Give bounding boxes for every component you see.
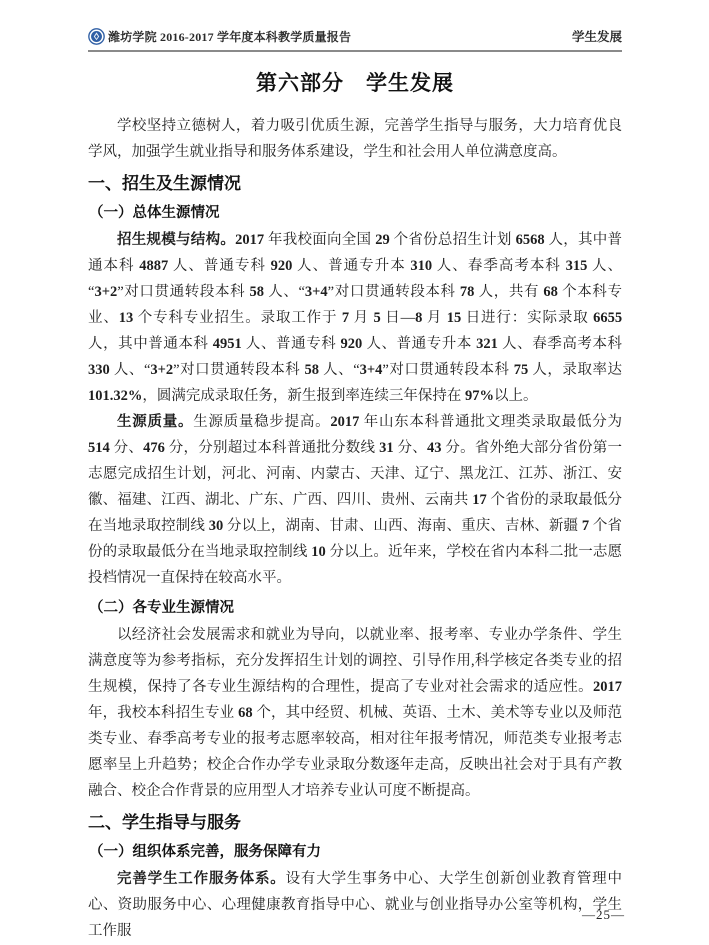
text-segment: 以经济社会发展需求和就业为导向，以就业率、报考率、专业办学条件、学生满意度等为参… (88, 627, 622, 695)
text-segment: 月 (422, 310, 446, 326)
text-segment: 4951 (213, 336, 242, 352)
text-segment: 人、普通专科 (168, 258, 270, 274)
text-segment: 年，我校本科招生专业 (88, 705, 238, 721)
text-segment: 分、 (394, 440, 427, 456)
text-segment: 日— (381, 310, 415, 326)
text-segment: 6568 (516, 232, 545, 248)
text-segment: 10 (311, 544, 326, 560)
page-number: —25— (582, 907, 625, 923)
text-segment: 人、普通专升本 (362, 336, 476, 352)
text-segment: 人、普通专科 (242, 336, 341, 352)
text-segment: 4887 (139, 258, 168, 274)
text-segment: 分，分别超过本科普通批分数线 (165, 440, 379, 456)
paragraph-student-services: 完善学生工作服务体系。设有大学生事务中心、大学生创新创业教育管理中心、资助服务中… (88, 866, 622, 944)
header-section-label: 学生发展 (572, 27, 622, 45)
text-segment: 月 (349, 310, 373, 326)
text-segment: ”对口贯通转段本科 (328, 284, 460, 300)
section-heading-guidance: 二、学生指导与服务 (88, 810, 622, 835)
intro-paragraph: 学校坚持立德树人，着力吸引优质生源，完善学生指导与服务，大力培育优良学风，加强学… (88, 113, 622, 165)
text-segment: 2017 (593, 679, 622, 695)
document-page: 潍坊学院 2016-2017 学年度本科教学质量报告 学生发展 第六部分 学生发… (0, 0, 709, 945)
text-segment: 3+4 (360, 362, 383, 378)
text-segment: 人，共有 (474, 284, 543, 300)
text-segment: 58 (304, 362, 319, 378)
text-segment: 321 (476, 336, 498, 352)
text-segment: 310 (410, 258, 432, 274)
text-segment: ”对口贯通转段本科 (117, 284, 249, 300)
text-segment: 31 (379, 440, 394, 456)
text-segment: 2017 (235, 232, 264, 248)
text-segment: 人、“ (264, 284, 305, 300)
text-segment: 78 (460, 284, 475, 300)
text-segment: 3+2 (150, 362, 173, 378)
text-segment: 5 (374, 310, 381, 326)
text-segment: 年山东本科普通批文理类录取最低分为 (359, 414, 622, 430)
text-segment: 29 (375, 232, 390, 248)
text-segment: 6655 (593, 310, 622, 326)
subsection-heading-overall-sources: （一）总体生源情况 (88, 203, 622, 224)
text-segment: 920 (271, 258, 293, 274)
header-report-title: 潍坊学院 2016-2017 学年度本科教学质量报告 (108, 28, 351, 45)
text-segment: 人，其中普通本科 (88, 336, 213, 352)
text-segment: 43 (427, 440, 442, 456)
text-segment: 学校坚持立德树人，着力吸引优质生源，完善学生指导与服务，大力培育优良学风，加强学… (88, 118, 622, 160)
text-segment: 315 (566, 258, 588, 274)
text-segment: 完善学生工作服务体系。 (117, 871, 286, 887)
text-segment: 58 (249, 284, 264, 300)
text-segment: 97% (465, 388, 494, 404)
text-segment: 101.32% (88, 388, 142, 404)
university-seal-icon (88, 28, 105, 45)
text-segment: 3+2 (94, 284, 117, 300)
page-header: 潍坊学院 2016-2017 学年度本科教学质量报告 学生发展 (88, 0, 622, 52)
paragraph-source-quality: 生源质量。生源质量稳步提高。2017 年山东本科普通批文理类录取最低分为 514… (88, 409, 622, 591)
text-segment: 年我校面向全国 (264, 232, 375, 248)
text-segment: 75 (514, 362, 529, 378)
text-segment: 日进行：实际录取 (461, 310, 593, 326)
section-heading-admissions: 一、招生及生源情况 (88, 171, 622, 196)
text-segment: 分、 (110, 440, 143, 456)
text-segment: 514 (88, 440, 110, 456)
text-segment: 17 (472, 492, 487, 508)
subsection-heading-organization: （一）组织体系完善，服务保障有力 (88, 842, 622, 863)
text-segment: 人、春季高考本科 (432, 258, 565, 274)
text-segment: 生源质量稳步提高。 (193, 414, 330, 430)
text-segment: ”对口贯通转段本科 (382, 362, 513, 378)
text-segment: 人，录取率达 (528, 362, 622, 378)
text-segment: 个省份总招生计划 (390, 232, 516, 248)
text-segment: 分以上，湖南、甘肃、山西、海南、重庆、吉林、新疆 (223, 518, 582, 534)
text-segment: 个专科专业招生。录取工作于 (133, 310, 342, 326)
header-left: 潍坊学院 2016-2017 学年度本科教学质量报告 (88, 28, 351, 45)
subsection-heading-major-sources: （二）各专业生源情况 (88, 598, 622, 619)
text-segment: 人、“ (319, 362, 360, 378)
text-segment: 15 (447, 310, 462, 326)
text-segment: 476 (143, 440, 165, 456)
text-segment: 13 (119, 310, 134, 326)
text-segment: 2017 (330, 414, 359, 430)
paragraph-major-sources: 以经济社会发展需求和就业为导向，以就业率、报考率、专业办学条件、学生满意度等为参… (88, 622, 622, 804)
document-title: 第六部分 学生发展 (88, 69, 622, 99)
text-segment: 330 (88, 362, 110, 378)
text-segment: 30 (209, 518, 224, 534)
text-segment: 68 (238, 705, 253, 721)
text-segment: 人、春季高考本科 (498, 336, 622, 352)
text-segment: ，圆满完成录取任务，新生报到率连续三年保持在 (142, 388, 465, 404)
text-segment: ”对口贯通转段本科 (173, 362, 304, 378)
text-segment: 人、“ (110, 362, 151, 378)
text-segment: 生源质量。 (117, 414, 193, 430)
text-segment: 68 (543, 284, 558, 300)
text-segment: 招生规模与结构。 (117, 232, 235, 248)
paragraph-enrollment-scale: 招生规模与结构。2017 年我校面向全国 29 个省份总招生计划 6568 人，… (88, 227, 622, 409)
text-segment: 以上。 (494, 388, 538, 404)
text-segment: 3+4 (305, 284, 328, 300)
text-segment: 人、普通专升本 (292, 258, 410, 274)
text-segment: 920 (341, 336, 363, 352)
